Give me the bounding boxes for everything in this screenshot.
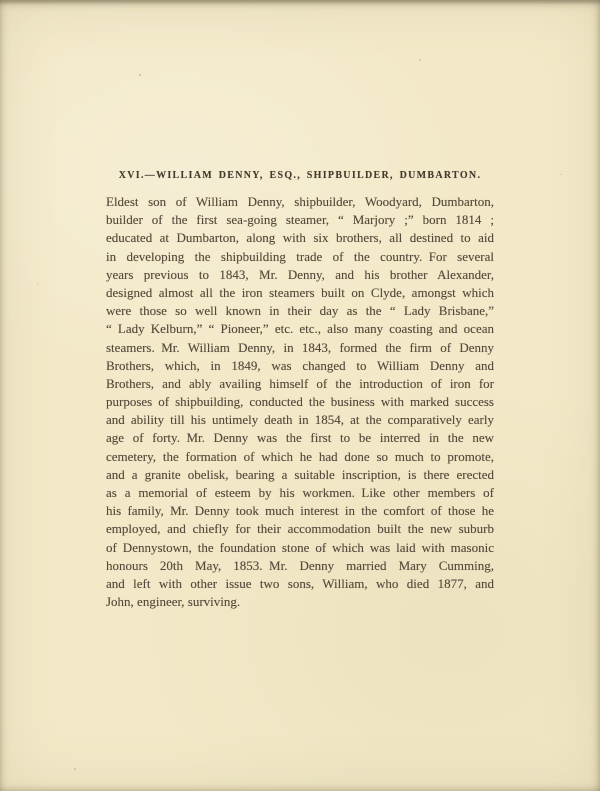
text-line: cemetery, the formation of which he had … [106,448,494,466]
text-line: purposes of shipbuilding, conducted the … [106,393,494,411]
text-line: as a memorial of esteem by his workmen. … [106,484,494,502]
text-line: honours 20th May, 1853. Mr. Denny marrie… [106,557,494,575]
text-line: and a granite obelisk, bearing a suitabl… [106,466,494,484]
text-line: Eldest son of William Denny, shipbuilder… [106,193,494,211]
text-line: Brothers, and ably availing himself of t… [106,375,494,393]
text-line: John, engineer, surviving. [106,593,494,611]
text-line: were those so well known in their day as… [106,302,494,320]
paper-speck [74,768,76,770]
text-line: steamers. Mr. William Denny, in 1843, fo… [106,339,494,357]
text-line: Brothers, which, in 1849, was changed to… [106,357,494,375]
text-line: in developing the shipbuilding trade of … [106,248,494,266]
text-line: designed almost all the iron steamers bu… [106,284,494,302]
text-line: of Dennystown, the foundation stone of w… [106,539,494,557]
paper-speck [139,74,141,76]
text-line: his family, Mr. Denny took much interest… [106,502,494,520]
book-page: XVI.—WILLIAM DENNY, ESQ., SHIPBUILDER, D… [0,0,600,791]
text-line: age of forty. Mr. Denny was the first to… [106,429,494,447]
text-line: builder of the first sea-going steamer, … [106,211,494,229]
text-line: “ Lady Kelburn,” “ Pioneer,” etc. etc., … [106,320,494,338]
paper-speck [419,59,421,61]
text-line: and left with other issue two sons, Will… [106,575,494,593]
text-line: and ability till his untimely death in 1… [106,411,494,429]
section-heading: XVI.—WILLIAM DENNY, ESQ., SHIPBUILDER, D… [0,170,600,181]
paper-speck [37,283,38,285]
text-line: educated at Dumbarton, along with six br… [106,229,494,247]
text-line: employed, and chiefly for their accommod… [106,520,494,538]
text-line: years previous to 1843, Mr. Denny, and h… [106,266,494,284]
body-text: Eldest son of William Denny, shipbuilder… [106,193,494,611]
